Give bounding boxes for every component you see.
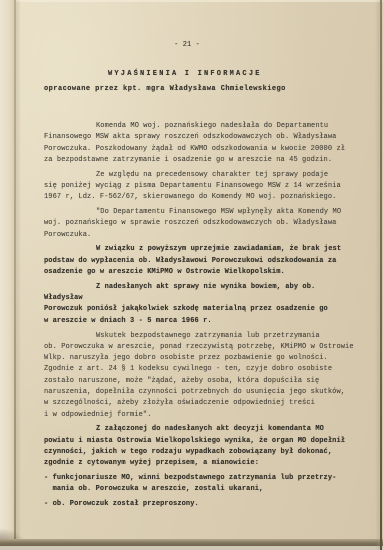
paragraph: Wskutek bezpodstawnego zatrzymania lub p… <box>44 331 356 421</box>
paragraph: Ze względu na precedensowy charakter tej… <box>44 170 356 204</box>
page-number: - 21 - <box>44 40 356 51</box>
list-item: - funkcjonariusze MO, winni bezpodstawne… <box>44 473 356 496</box>
scanned-document-page: - 21 - WYJAŚNIENIA I INFORMACJE opracowa… <box>0 0 383 550</box>
paragraph: Z załączonej do nadesłanych akt decyzji … <box>44 424 356 469</box>
paragraph: W związku z powyższym uprzejmie zawiadam… <box>44 244 356 278</box>
page-top-edge <box>0 0 383 2</box>
document-title: WYJAŚNIENIA I INFORMACJE <box>44 69 356 80</box>
page-bottom-edge <box>0 539 383 546</box>
page-left-margin-edge <box>0 0 14 550</box>
document-content: - 21 - WYJAŚNIENIA I INFORMACJE opracowa… <box>44 40 356 514</box>
page-right-edge <box>380 0 382 550</box>
paragraph: Z nadesłanych akt sprawy nie wynika bowi… <box>44 282 356 327</box>
list-item: - ob. Porowczuk został przeproszony. <box>44 499 356 510</box>
paragraph: "Do Departamentu Finansowego MSW wpłynęł… <box>44 207 356 241</box>
paragraph: Komenda MO woj. poznańskiego nadesłała d… <box>44 121 356 166</box>
scanner-background-strip <box>0 546 383 550</box>
document-paragraphs: Komenda MO woj. poznańskiego nadesłała d… <box>44 121 356 511</box>
document-byline: opracowane przez kpt. mgra Władysława Ch… <box>44 84 356 95</box>
page-left-fold-line <box>14 0 16 550</box>
